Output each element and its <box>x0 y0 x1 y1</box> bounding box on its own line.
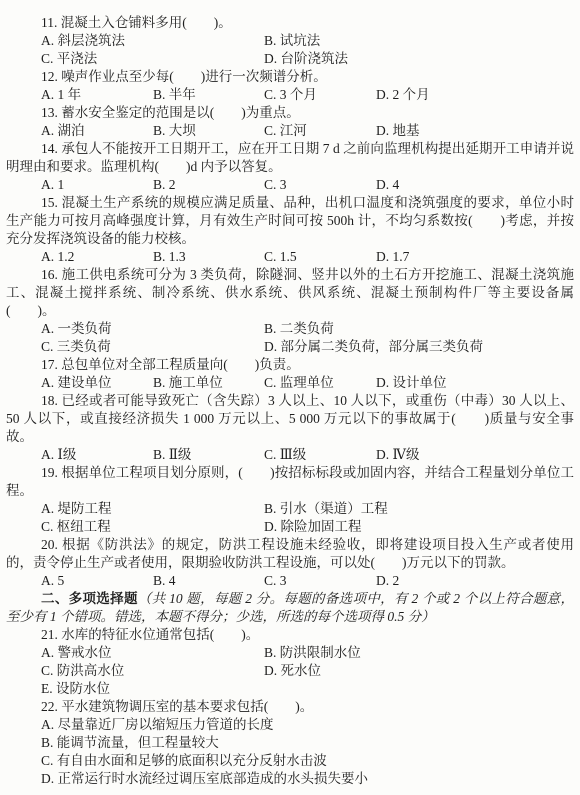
option-e: E. 设防水位 <box>41 680 574 698</box>
option-c: C. 3 <box>264 572 376 590</box>
options-row: A. 湖泊 B. 大坝 C. 江河 D. 地基 <box>6 122 574 140</box>
option-b: B. 试坑法 <box>264 32 574 50</box>
option-c: C. 有自由水面和足够的底面积以充分反射水击波 <box>41 752 574 770</box>
option-b: B. 能调节流量，但工程量较大 <box>41 734 574 752</box>
option-d: D. 部分属二类负荷，部分属三类负荷 <box>264 338 574 356</box>
question-13: 13. 蓄水安全鉴定的范围是以( )为重点。 A. 湖泊 B. 大坝 C. 江河… <box>6 104 574 140</box>
option-d: D. 1.7 <box>376 248 574 266</box>
question-21: 21. 水库的特征水位通常包括( )。 A. 警戒水位 B. 防洪限制水位 C.… <box>6 626 574 698</box>
question-stem: 14. 承包人不能按开工日期开工，应在开工日期 7 d 之前向监理机构提出延期开… <box>6 140 574 176</box>
option-b: B. 1.3 <box>153 248 264 266</box>
question-17: 17. 总包单位对全部工程质量向( )负责。 A. 建设单位 B. 施工单位 C… <box>6 356 574 392</box>
option-c: C. 三类负荷 <box>41 338 264 356</box>
option-d: D. 2 <box>376 572 574 590</box>
section-title: 二、多项选择题 <box>41 591 138 606</box>
option-d: D. 地基 <box>376 122 574 140</box>
option-c: C. 平浇法 <box>41 50 264 68</box>
question-stem: 15. 混凝土生产系统的规模应满足质量、品种，出机口温度和浇筑强度的要求，单位小… <box>6 194 574 248</box>
option-a: A. 5 <box>41 572 153 590</box>
option-b: B. 大坝 <box>153 122 264 140</box>
option-b: B. 半年 <box>153 86 264 104</box>
option-b: B. Ⅱ级 <box>153 446 264 464</box>
option-a: A. 1 年 <box>41 86 153 104</box>
option-b: B. 4 <box>153 572 264 590</box>
option-c: C. 江河 <box>264 122 376 140</box>
option-d: D. 除险加固工程 <box>264 518 574 536</box>
options-row: C. 平浇法 D. 台阶浇筑法 <box>6 50 574 68</box>
options-row: C. 三类负荷 D. 部分属二类负荷，部分属三类负荷 <box>6 338 574 356</box>
options-row: A. 1 年 B. 半年 C. 3 个月 D. 2 个月 <box>6 86 574 104</box>
option-a: A. 湖泊 <box>41 122 153 140</box>
question-stem: 19. 根据单位工程项目划分原则，( )按招标标段或加固内容，并结合工程量划分单… <box>6 464 574 500</box>
option-a: A. 尽量靠近厂房以缩短压力管道的长度 <box>41 716 574 734</box>
option-c: C. 3 个月 <box>264 86 376 104</box>
option-c: C. 监理单位 <box>264 374 376 392</box>
option-b: B. 施工单位 <box>153 374 264 392</box>
option-d: D. 台阶浇筑法 <box>264 50 574 68</box>
option-c: C. Ⅲ级 <box>264 446 376 464</box>
option-a: A. 建设单位 <box>41 374 153 392</box>
question-19: 19. 根据单位工程项目划分原则，( )按招标标段或加固内容，并结合工程量划分单… <box>6 464 574 536</box>
question-15: 15. 混凝土生产系统的规模应满足质量、品种，出机口温度和浇筑强度的要求，单位小… <box>6 194 574 266</box>
option-b: B. 引水（渠道）工程 <box>264 500 574 518</box>
options-row: B. 能调节流量，但工程量较大 <box>6 734 574 752</box>
question-stem: 11. 混凝土入仓铺料多用( )。 <box>6 14 574 32</box>
question-stem: 18. 已经或者可能导致死亡（含失踪）3 人以上、10 人以下，或重伤（中毒）3… <box>6 392 574 446</box>
options-row: A. 斜层浇筑法 B. 试坑法 <box>6 32 574 50</box>
question-11: 11. 混凝土入仓铺料多用( )。 A. 斜层浇筑法 B. 试坑法 C. 平浇法… <box>6 14 574 68</box>
options-row: A. 警戒水位 B. 防洪限制水位 <box>6 644 574 662</box>
question-stem: 17. 总包单位对全部工程质量向( )负责。 <box>6 356 574 374</box>
option-b: B. 2 <box>153 176 264 194</box>
options-row: A. 1 B. 2 C. 3 D. 4 <box>6 176 574 194</box>
option-d: D. 死水位 <box>264 662 574 680</box>
question-stem: 13. 蓄水安全鉴定的范围是以( )为重点。 <box>6 104 574 122</box>
option-b: B. 二类负荷 <box>264 320 574 338</box>
options-row: A. 尽量靠近厂房以缩短压力管道的长度 <box>6 716 574 734</box>
option-a: A. 1.2 <box>41 248 153 266</box>
question-12: 12. 噪声作业点至少每( )进行一次频谱分析。 A. 1 年 B. 半年 C.… <box>6 68 574 104</box>
option-b: B. 防洪限制水位 <box>264 644 574 662</box>
option-c: C. 枢纽工程 <box>41 518 264 536</box>
options-row: A. 5 B. 4 C. 3 D. 2 <box>6 572 574 590</box>
option-c: C. 1.5 <box>264 248 376 266</box>
option-d: D. Ⅳ级 <box>376 446 574 464</box>
question-18: 18. 已经或者可能导致死亡（含失踪）3 人以上、10 人以下，或重伤（中毒）3… <box>6 392 574 464</box>
options-row: A. 1.2 B. 1.3 C. 1.5 D. 1.7 <box>6 248 574 266</box>
option-a: A. 警戒水位 <box>41 644 264 662</box>
question-22: 22. 平水建筑物调压室的基本要求包括( )。 A. 尽量靠近厂房以缩短压力管道… <box>6 698 574 788</box>
option-d: D. 正常运行时水流经过调压室底部造成的水头损失要小 <box>41 770 574 788</box>
exam-page: 11. 混凝土入仓铺料多用( )。 A. 斜层浇筑法 B. 试坑法 C. 平浇法… <box>6 14 574 795</box>
option-a: A. Ⅰ级 <box>41 446 153 464</box>
options-row: A. 一类负荷 B. 二类负荷 <box>6 320 574 338</box>
question-stem: 16. 施工供电系统可分为 3 类负荷，除隧洞、竖井以外的土石方开挖施工、混凝土… <box>6 266 574 320</box>
question-stem: 21. 水库的特征水位通常包括( )。 <box>6 626 574 644</box>
section-header: 二、多项选择题（共 10 题，每题 2 分。每题的备选项中，有 2 个或 2 个… <box>6 590 574 626</box>
question-stem: 22. 平水建筑物调压室的基本要求包括( )。 <box>6 698 574 716</box>
question-14: 14. 承包人不能按开工日期开工，应在开工日期 7 d 之前向监理机构提出延期开… <box>6 140 574 194</box>
option-c: C. 防洪高水位 <box>41 662 264 680</box>
question-20: 20. 根据《防洪法》的规定，防洪工程设施未经验收，即将建设项目投入生产或者使用… <box>6 536 574 590</box>
options-row: A. 建设单位 B. 施工单位 C. 监理单位 D. 设计单位 <box>6 374 574 392</box>
question-stem: 20. 根据《防洪法》的规定，防洪工程设施未经验收，即将建设项目投入生产或者使用… <box>6 536 574 572</box>
option-d: D. 2 个月 <box>376 86 574 104</box>
option-c: C. 3 <box>264 176 376 194</box>
options-row: A. Ⅰ级 B. Ⅱ级 C. Ⅲ级 D. Ⅳ级 <box>6 446 574 464</box>
options-row: C. 防洪高水位 D. 死水位 <box>6 662 574 680</box>
question-16: 16. 施工供电系统可分为 3 类负荷，除隧洞、竖井以外的土石方开挖施工、混凝土… <box>6 266 574 356</box>
option-d: D. 设计单位 <box>376 374 574 392</box>
option-d: D. 4 <box>376 176 574 194</box>
question-stem: 12. 噪声作业点至少每( )进行一次频谱分析。 <box>6 68 574 86</box>
options-row: E. 设防水位 <box>6 680 574 698</box>
options-row: C. 有自由水面和足够的底面积以充分反射水击波 <box>6 752 574 770</box>
option-a: A. 堤防工程 <box>41 500 264 518</box>
option-a: A. 斜层浇筑法 <box>41 32 264 50</box>
options-row: C. 枢纽工程 D. 除险加固工程 <box>6 518 574 536</box>
option-a: A. 一类负荷 <box>41 320 264 338</box>
options-row: D. 正常运行时水流经过调压室底部造成的水头损失要小 <box>6 770 574 788</box>
option-a: A. 1 <box>41 176 153 194</box>
options-row: A. 堤防工程 B. 引水（渠道）工程 <box>6 500 574 518</box>
